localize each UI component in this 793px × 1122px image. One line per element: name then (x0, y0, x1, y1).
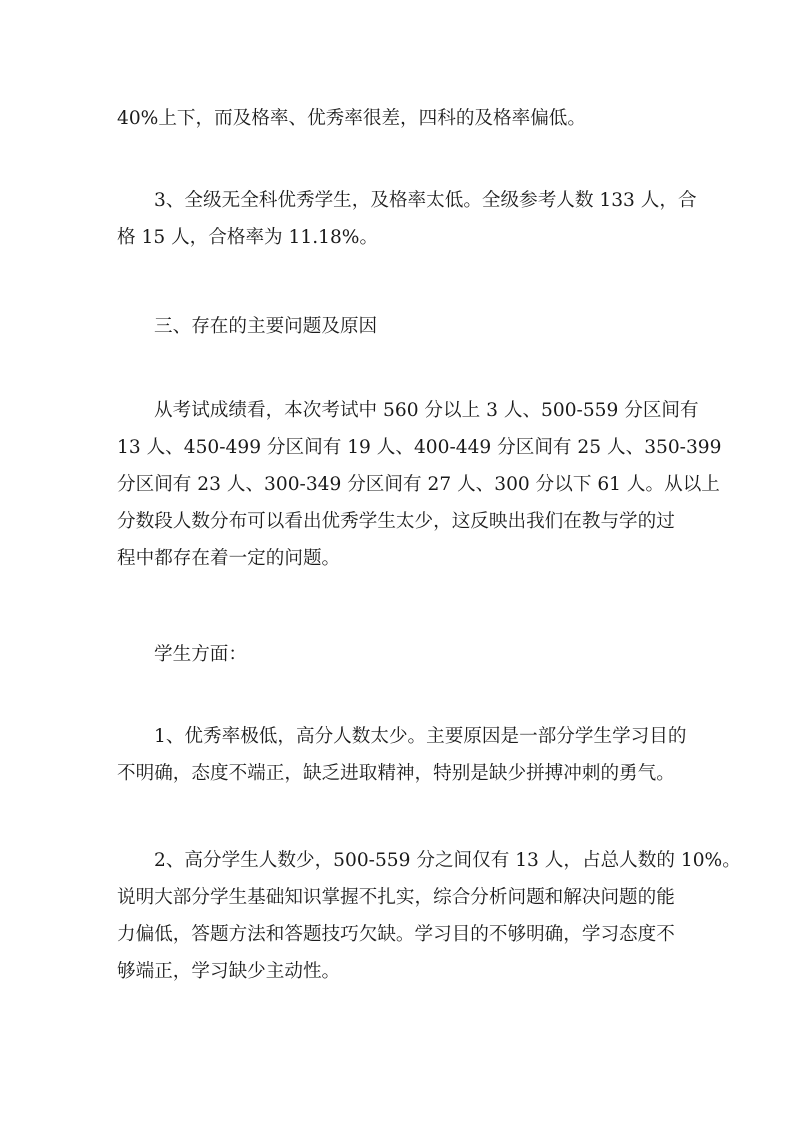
text-line: 程中都存在着一定的问题。 (117, 540, 679, 577)
text-line: 40%上下，而及格率、优秀率很差，四科的及格率偏低。 (117, 100, 679, 137)
paragraph-student-point-1: 1、优秀率极低，高分人数太少。主要原因是一部分学生学习目的 不明确，态度不端正，… (117, 718, 679, 792)
paragraph-student-point-2: 2、高分学生人数少，500-559 分之间仅有 13 人，占总人数的 10%。 … (117, 842, 679, 990)
text-line: 13 人、450-499 分区间有 19 人、400-449 分区间有 25 人… (117, 429, 679, 466)
text-line: 从考试成绩看，本次考试中 560 分以上 3 人、500-559 分区间有 (117, 392, 679, 429)
text-line: 力偏低，答题方法和答题技巧欠缺。学习目的不够明确，学习态度不 (117, 916, 679, 953)
text-line: 分区间有 23 人、300-349 分区间有 27 人、300 分以下 61 人… (117, 466, 679, 503)
heading-text: 三、存在的主要问题及原因 (117, 308, 679, 345)
text-line: 1、优秀率极低，高分人数太少。主要原因是一部分学生学习目的 (117, 718, 679, 755)
subheading-student-aspect: 学生方面： (117, 636, 679, 673)
paragraph-score-distribution: 从考试成绩看，本次考试中 560 分以上 3 人、500-559 分区间有 13… (117, 392, 679, 577)
paragraph-point-3: 3、全级无全科优秀学生，及格率太低。全级参考人数 133 人，合 格 15 人，… (117, 182, 679, 256)
text-line: 分数段人数分布可以看出优秀学生太少，这反映出我们在教与学的过 (117, 503, 679, 540)
text-line: 够端正，学习缺少主动性。 (117, 953, 679, 990)
paragraph-pass-rate-summary: 40%上下，而及格率、优秀率很差，四科的及格率偏低。 (117, 100, 679, 137)
text-line: 不明确，态度不端正，缺乏进取精神，特别是缺少拼搏冲刺的勇气。 (117, 755, 679, 792)
text-line: 格 15 人，合格率为 11.18%。 (117, 219, 679, 256)
text-line: 3、全级无全科优秀学生，及格率太低。全级参考人数 133 人，合 (117, 182, 679, 219)
heading-text: 学生方面： (117, 636, 679, 673)
text-line: 2、高分学生人数少，500-559 分之间仅有 13 人，占总人数的 10%。 (117, 842, 679, 879)
section-heading-main-problems: 三、存在的主要问题及原因 (117, 308, 679, 345)
text-line: 说明大部分学生基础知识掌握不扎实，综合分析问题和解决问题的能 (117, 879, 679, 916)
